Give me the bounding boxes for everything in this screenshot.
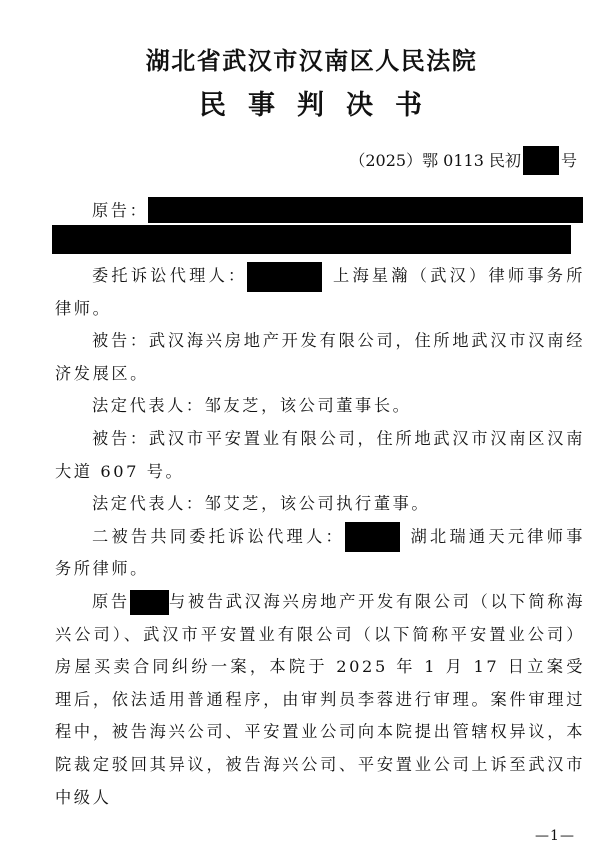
- party-value: 邹友芝，该公司董事长。: [205, 396, 412, 415]
- party-defendant-1: 被告：武汉海兴房地产开发有限公司，住所地武汉市汉南经济发展区。: [55, 325, 585, 390]
- case-number-suffix: 号: [561, 147, 577, 175]
- redaction-box: [345, 522, 400, 552]
- document-body: 原告： 委托诉讼代理人：上海星瀚（武汉）律师事务所律师。 被告：武汉海兴房地产开…: [55, 195, 585, 814]
- party-value: 邹艾芝，该公司执行董事。: [205, 494, 430, 513]
- party-defendants-agent: 二被告共同委托诉讼代理人：湖北瑞通天元律师事务所律师。: [55, 521, 585, 586]
- redaction-box: [52, 225, 571, 254]
- party-label: 委托诉讼代理人：: [92, 266, 247, 285]
- party-defendant-2-rep: 法定代表人：邹艾芝，该公司执行董事。: [55, 488, 585, 521]
- party-defendant-1-rep: 法定代表人：邹友芝，该公司董事长。: [55, 390, 585, 423]
- redaction-box: [130, 590, 169, 615]
- redaction-box: [523, 146, 559, 175]
- party-plaintiff-agent: 委托诉讼代理人：上海星瀚（武汉）律师事务所律师。: [55, 260, 585, 325]
- party-label: 法定代表人：: [92, 494, 205, 513]
- case-narrative: 原告与被告武汉海兴房地产开发有限公司（以下简称海兴公司）、武汉市平安置业有限公司…: [55, 586, 585, 814]
- party-label: 被告：: [92, 429, 149, 448]
- party-label: 原告：: [92, 201, 148, 220]
- party-label: 二被告共同委托诉讼代理人：: [92, 527, 345, 546]
- case-number: （2025）鄂 0113 民初 号: [349, 146, 577, 175]
- party-label: 被告：: [92, 331, 149, 350]
- document-type-title: 民事判决书: [0, 89, 615, 123]
- narrative-text: 与被告武汉海兴房地产开发有限公司（以下简称海兴公司）、武汉市平安置业有限公司（以…: [55, 592, 585, 807]
- party-label: 法定代表人：: [92, 396, 205, 415]
- redaction-box: [247, 262, 322, 292]
- narrative-start: 原告: [92, 592, 130, 611]
- court-name: 湖北省武汉市汉南区人民法院: [0, 45, 615, 77]
- redaction-box: [148, 197, 583, 223]
- page-number: —1—: [530, 828, 580, 844]
- case-number-prefix: （2025）鄂 0113 民初: [349, 147, 521, 175]
- party-defendant-2: 被告：武汉市平安置业有限公司，住所地武汉市汉南区汉南大道 607 号。: [55, 423, 585, 488]
